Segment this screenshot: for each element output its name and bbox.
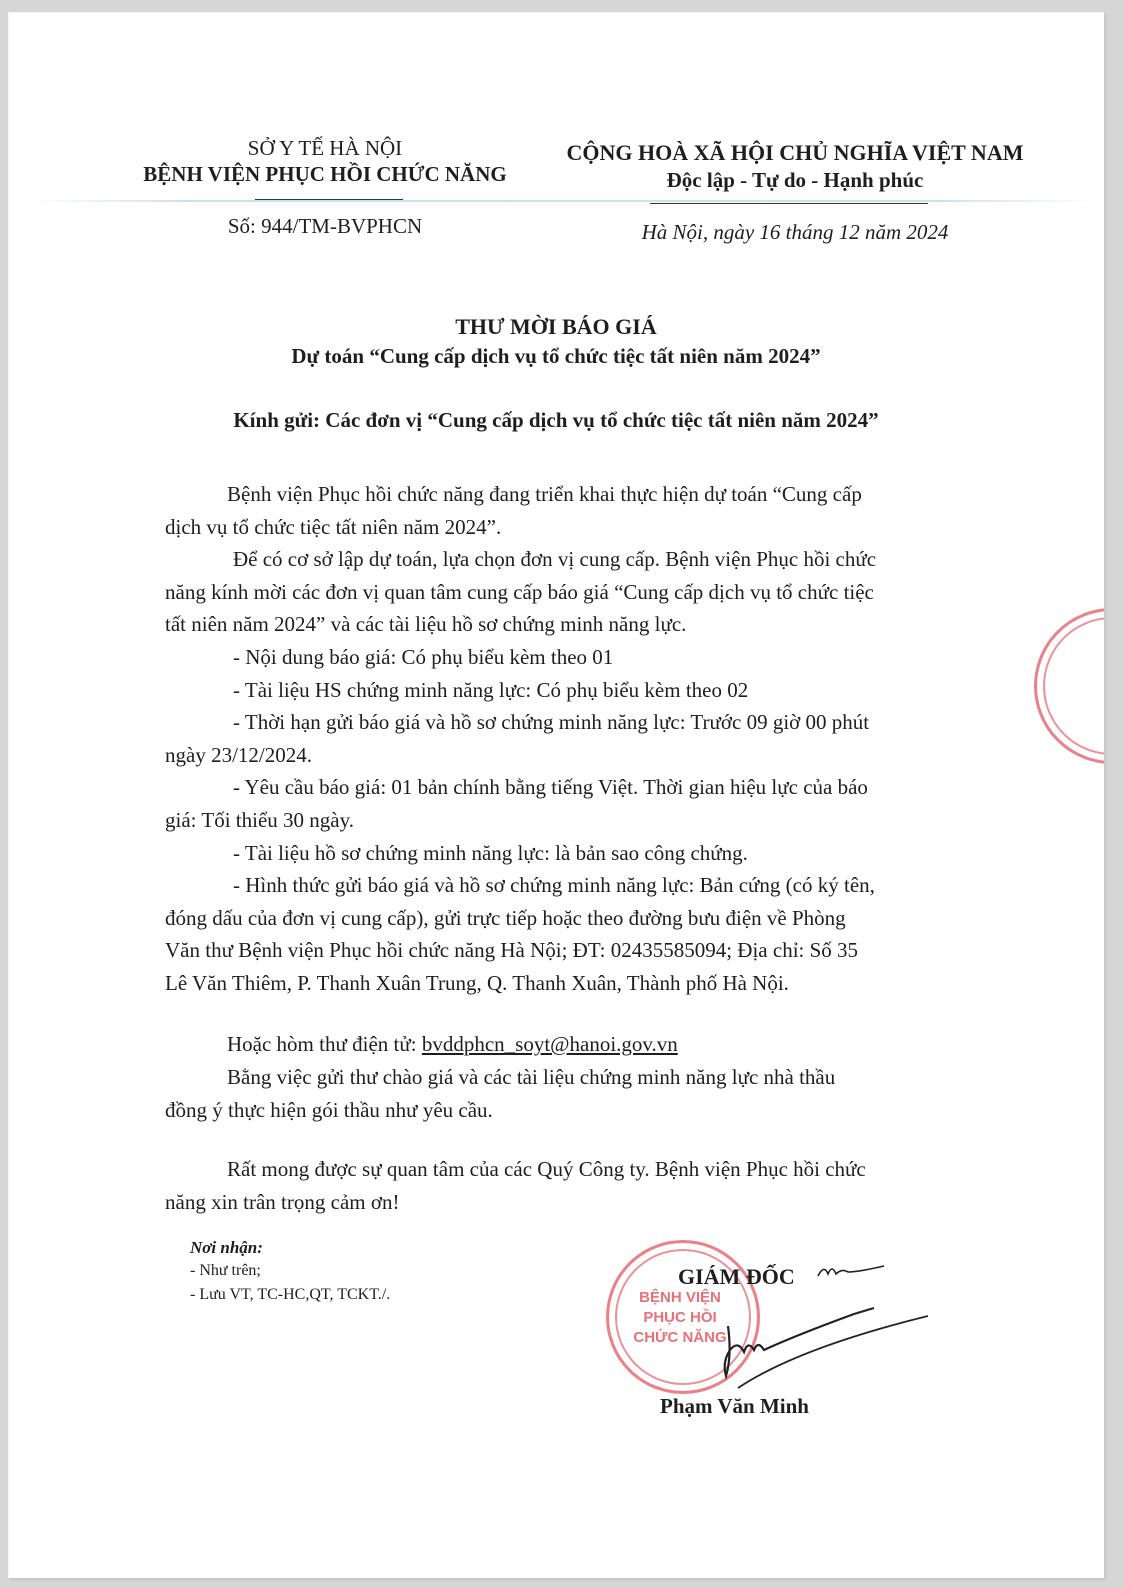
scan-artifact-line [28,200,1098,202]
organization-name: BỆNH VIỆN PHỤC HỒI CHỨC NĂNG [120,162,530,187]
letter-subtitle: Dự toán “Cung cấp dịch vụ tổ chức tiệc t… [8,344,1104,369]
document-page: SỞ Y TẾ HÀ NỘI BỆNH VIỆN PHỤC HỒI CHỨC N… [8,12,1104,1578]
agreement-paragraph: Bằng việc gửi thư chào giá và các tài li… [165,1061,1005,1126]
letter-title: THƯ MỜI BÁO GIÁ [8,314,1104,340]
body-line: - Tài liệu HS chứng minh năng lực: Có ph… [165,674,1005,707]
closing-line: năng xin trân trọng cảm ơn! [165,1186,1005,1219]
email-label: Hoặc hòm thư điện tử: [227,1032,422,1056]
body-line: - Thời hạn gửi báo giá và hồ sơ chứng mi… [165,706,1005,739]
addressee: Kính gửi: Các đơn vị “Cung cấp dịch vụ t… [8,408,1104,433]
body-line: - Nội dung báo giá: Có phụ biểu kèm theo… [165,641,1005,674]
motto-underline [650,203,928,204]
body-line: đóng dấu của đơn vị cung cấp), gửi trực … [165,902,1005,935]
body-line: Để có cơ sở lập dự toán, lựa chọn đơn vị… [165,543,1005,576]
email-link[interactable]: bvddphcn_soyt@hanoi.gov.vn [422,1032,678,1056]
agreement-line: Bằng việc gửi thư chào giá và các tài li… [165,1061,1005,1094]
body-line: ngày 23/12/2024. [165,739,1005,772]
body-line: tất niên năm 2024” và các tài liệu hồ sơ… [165,608,1005,641]
national-title: CỘNG HOÀ XÃ HỘI CHỦ NGHĨA VIỆT NAM [545,140,1045,166]
place-date: Hà Nội, ngày 16 tháng 12 năm 2024 [545,220,1045,245]
body-line: Văn thư Bệnh viện Phục hồi chức năng Hà … [165,934,1005,967]
signer-name: Phạm Văn Minh [660,1394,809,1419]
body-line: Bệnh viện Phục hồi chức năng đang triển … [165,478,1005,511]
body-paragraphs: Bệnh viện Phục hồi chức năng đang triển … [165,478,1005,1000]
body-line: năng kính mời các đơn vị quan tâm cung c… [165,576,1005,609]
edge-stamp-partial [1034,608,1104,764]
org-underline [255,199,403,200]
signature-scribble [668,1248,928,1398]
document-number: Số: 944/TM-BVPHCN [120,214,530,239]
recipients-heading: Nơi nhận: [190,1238,263,1258]
recipient-item: - Như trên; [190,1262,261,1280]
email-line: Hoặc hòm thư điện tử: bvddphcn_soyt@hano… [227,1028,678,1060]
recipient-item: - Lưu VT, TC-HC,QT, TCKT./. [190,1286,390,1304]
body-line: giá: Tối thiểu 30 ngày. [165,804,1005,837]
body-line: - Tài liệu hồ sơ chứng minh năng lực: là… [165,837,1005,870]
closing-paragraph: Rất mong được sự quan tâm của các Quý Cô… [165,1153,1005,1218]
agency-name: SỞ Y TẾ HÀ NỘI [120,136,530,161]
body-line: dịch vụ tổ chức tiệc tất niên năm 2024”. [165,511,1005,544]
national-motto: Độc lập - Tự do - Hạnh phúc [545,168,1045,193]
closing-line: Rất mong được sự quan tâm của các Quý Cô… [165,1153,1005,1186]
body-line: - Hình thức gửi báo giá và hồ sơ chứng m… [165,869,1005,902]
agreement-line: đồng ý thực hiện gói thầu như yêu cầu. [165,1094,1005,1127]
body-line: Lê Văn Thiêm, P. Thanh Xuân Trung, Q. Th… [165,967,1005,1000]
body-line: - Yêu cầu báo giá: 01 bản chính bằng tiế… [165,771,1005,804]
